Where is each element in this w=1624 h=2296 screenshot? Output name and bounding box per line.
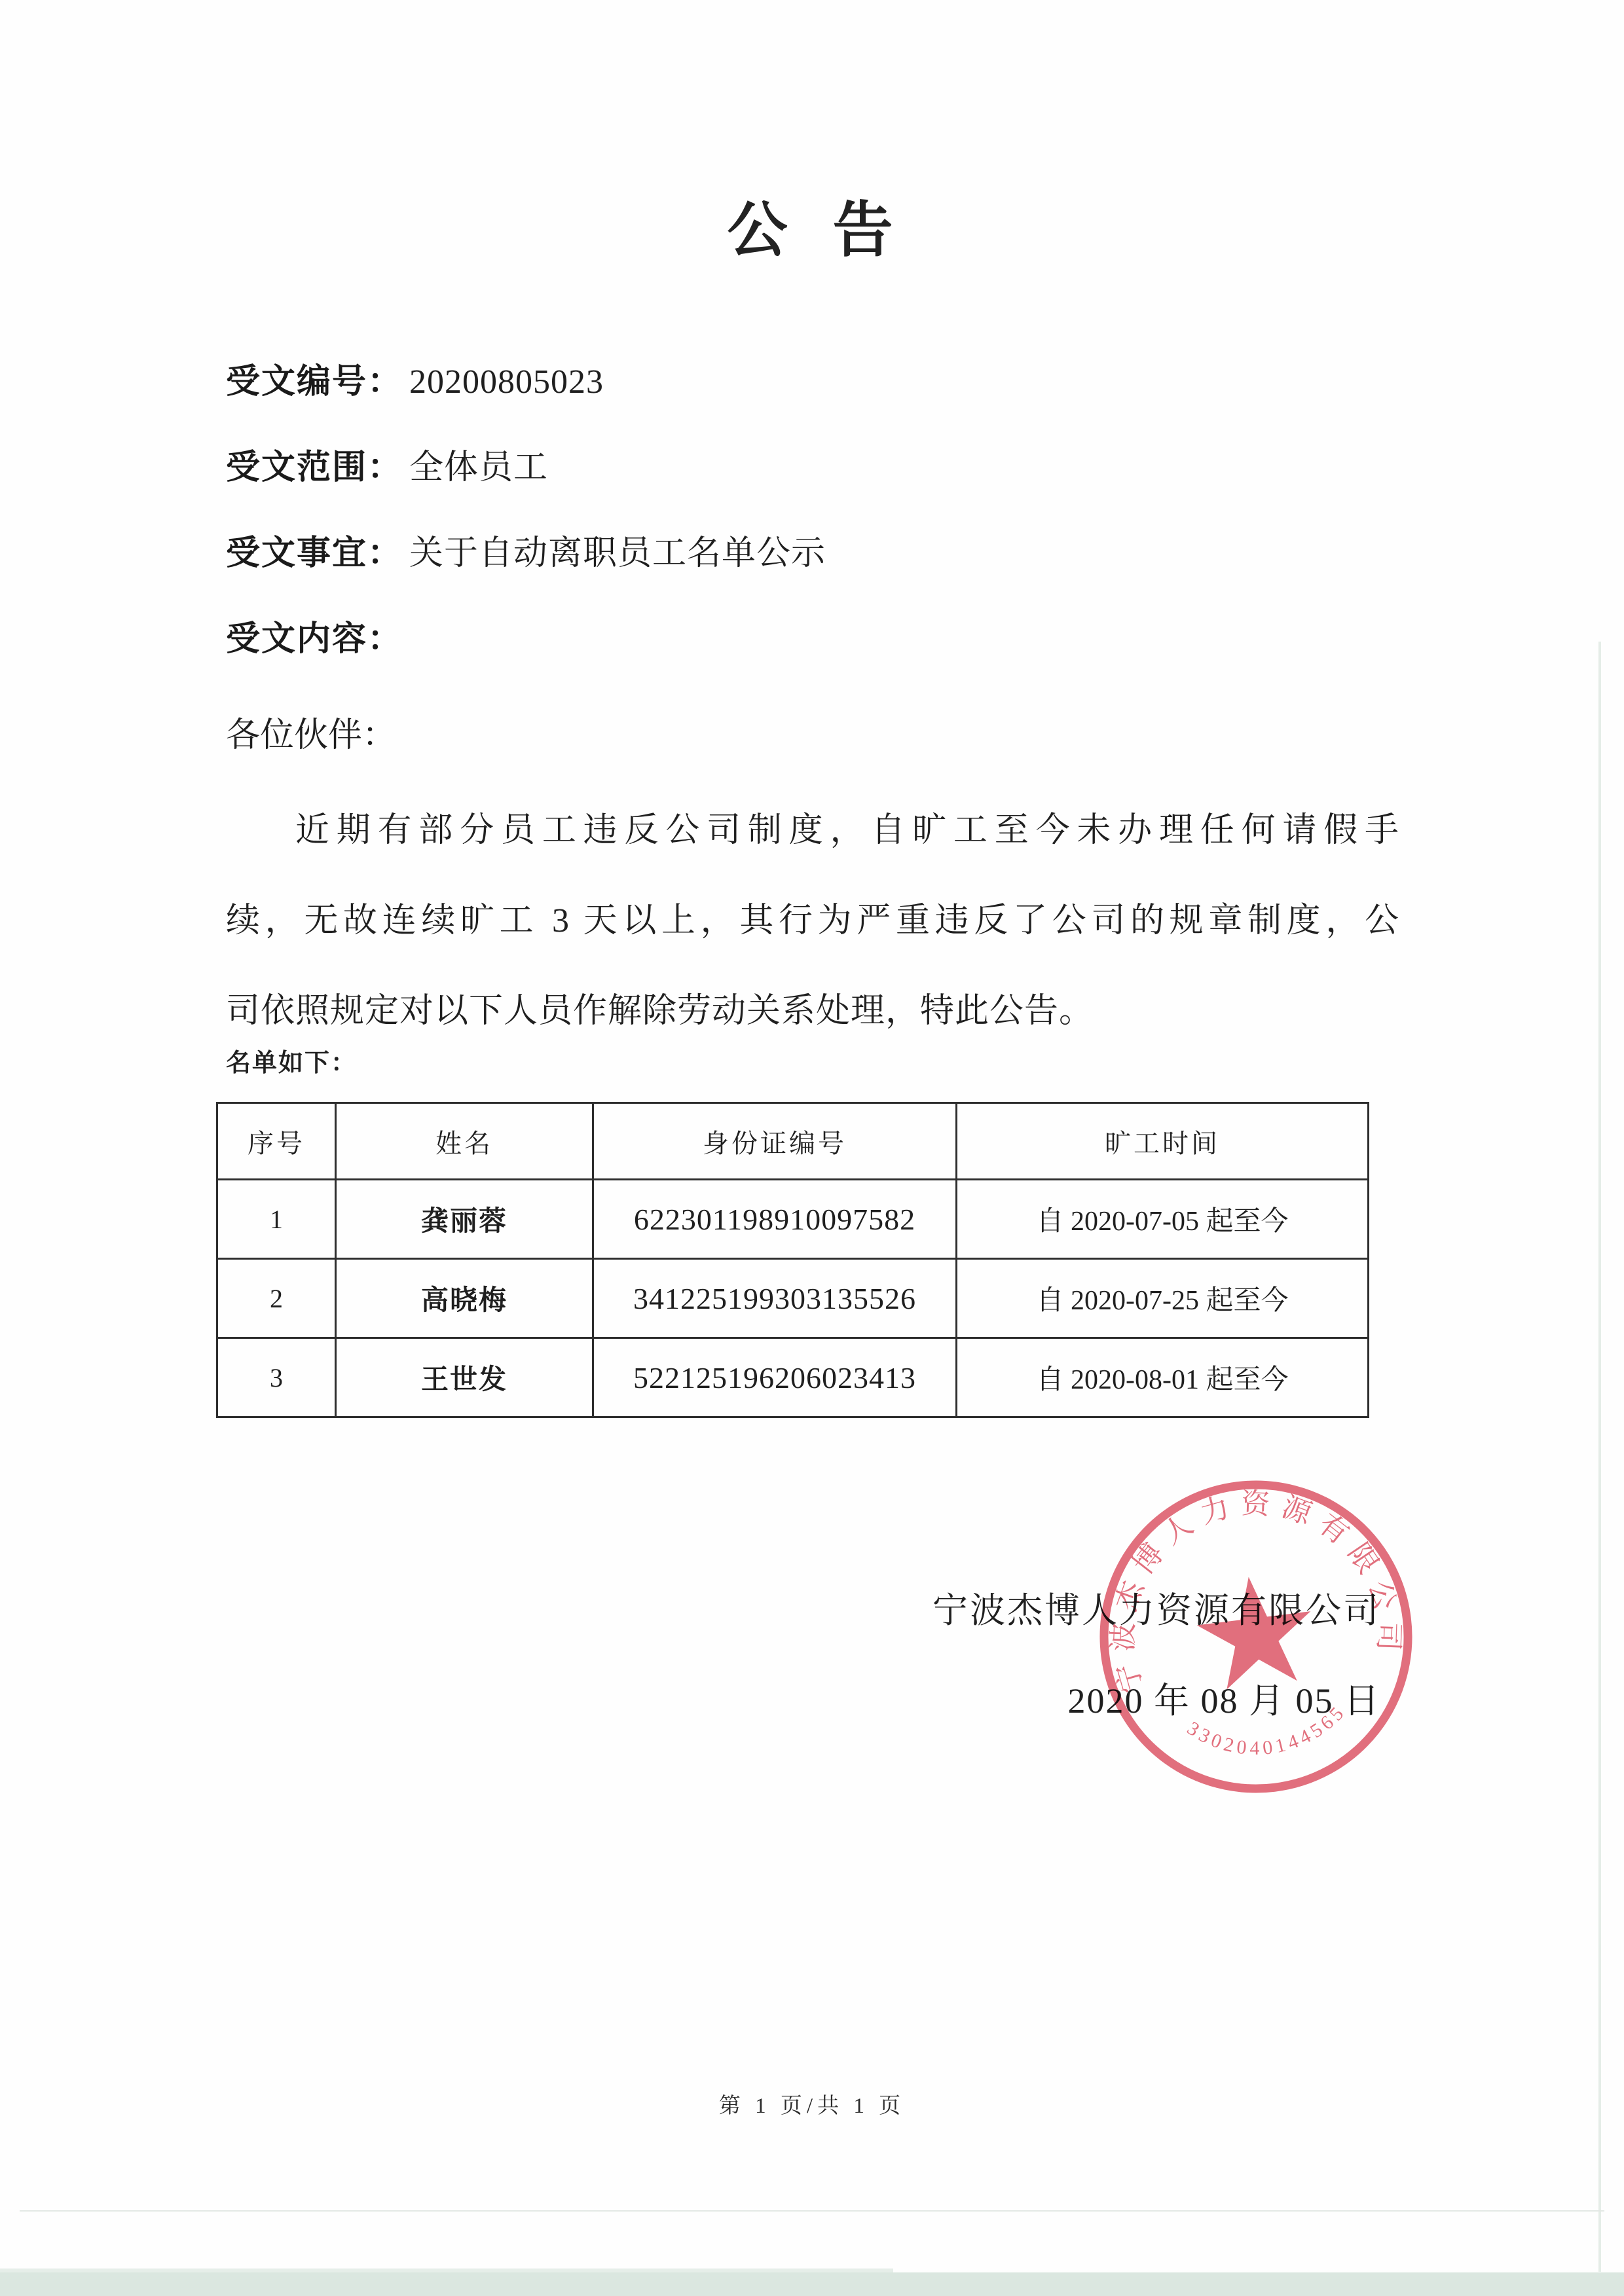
table-cell-name: 王世发 [336, 1338, 593, 1417]
field-value: 关于自动离职员工名单公示 [409, 535, 826, 572]
table-header-cell: 身份证编号 [593, 1103, 957, 1180]
table-header-cell: 旷工时间 [957, 1103, 1369, 1180]
table-header-cell: 姓名 [336, 1103, 593, 1180]
table-cell-name: 高晓梅 [336, 1259, 593, 1338]
table-cell-name: 龚丽蓉 [336, 1180, 593, 1259]
field-value: 20200805023 [409, 363, 604, 401]
scan-faint-line [20, 2210, 1604, 2212]
field-label: 受文范围： [226, 449, 403, 486]
field-label: 受文事宜： [226, 535, 403, 572]
table-header-row: 序号 姓名 身份证编号 旷工时间 [217, 1103, 1369, 1180]
field-row-subject: 受文事宜：关于自动离职员工名单公示 [226, 536, 826, 572]
table-cell-time: 自 2020-07-25 起至今 [957, 1259, 1369, 1338]
table-cell-time: 自 2020-07-05 起至今 [957, 1180, 1369, 1259]
field-row-scope: 受文范围：全体员工 [226, 450, 826, 486]
table-cell-seq: 1 [217, 1180, 336, 1259]
header-fields: 受文编号：20200805023 受文范围：全体员工 受文事宜：关于自动离职员工… [226, 364, 826, 707]
seal-star [1192, 1570, 1319, 1692]
table-row: 2 高晓梅 341225199303135526 自 2020-07-25 起至… [217, 1259, 1369, 1338]
table-cell-id: 622301198910097582 [593, 1180, 957, 1259]
body-paragraph: 近期有部分员工违反公司制度，自旷工至今未办理任何请假手 续，无故连续旷工 3 天… [226, 786, 1399, 1057]
body-line: 近期有部分员工违反公司制度，自旷工至今未办理任何请假手 [226, 786, 1399, 876]
field-label: 受文编号： [226, 363, 403, 401]
table-cell-seq: 2 [217, 1259, 336, 1338]
body-line: 续，无故连续旷工 3 天以上，其行为严重违反了公司的规章制度，公 [226, 876, 1399, 966]
document-title: 公 告 [0, 182, 1624, 268]
table-cell-id: 522125196206023413 [593, 1338, 957, 1417]
seal-graphic: 宁波杰博人力资源有限公司 3302040144565 [1075, 1456, 1437, 1818]
announcement-document: 公 告 受文编号：20200805023 受文范围：全体员工 受文事宜：关于自动… [0, 0, 1624, 2296]
table-cell-id: 341225199303135526 [593, 1259, 957, 1338]
body-line: 司依照规定对以下人员作解除劳动关系处理，特此公告。 [226, 966, 1399, 1057]
seal-serial: 3302040144565 [1181, 1698, 1355, 1768]
roster-table: 序号 姓名 身份证编号 旷工时间 1 龚丽蓉 62230119891009758… [216, 1102, 1369, 1418]
table-row: 3 王世发 522125196206023413 自 2020-08-01 起至… [217, 1338, 1369, 1417]
table-cell-seq: 3 [217, 1338, 336, 1417]
field-row-doc-number: 受文编号：20200805023 [226, 364, 826, 401]
list-intro: 名单如下： [226, 1042, 357, 1078]
page-footer: 第 1 页/共 1 页 [0, 2088, 1624, 2119]
salutation: 各位伙伴： [226, 707, 396, 756]
table-row: 1 龚丽蓉 622301198910097582 自 2020-07-05 起至… [217, 1180, 1369, 1259]
scan-edge-right [1598, 642, 1601, 2272]
field-value: 全体员工 [409, 449, 548, 486]
field-label: 受文内容： [226, 621, 403, 658]
company-seal: 宁波杰博人力资源有限公司 3302040144565 [1075, 1456, 1437, 1818]
seal-serial-holder: 3302040144565 [1181, 1698, 1355, 1768]
scan-bottom-strip [0, 2272, 1624, 2296]
table-header-cell: 序号 [217, 1103, 336, 1180]
field-row-content: 受文内容： [226, 621, 826, 658]
table-cell-time: 自 2020-08-01 起至今 [957, 1338, 1369, 1417]
